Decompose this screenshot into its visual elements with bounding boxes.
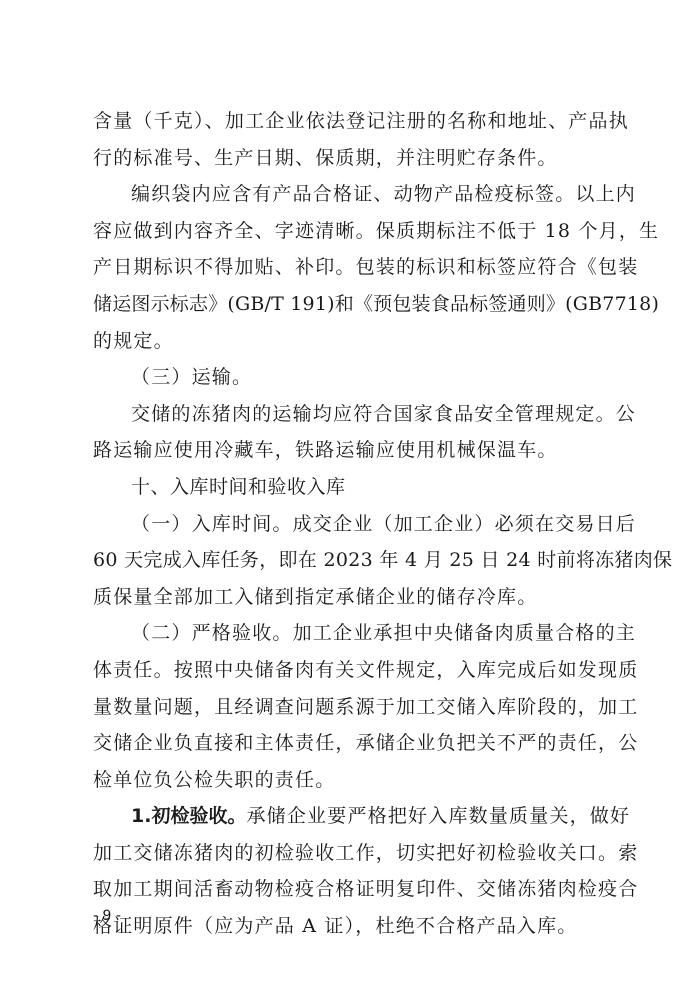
paragraph-line: 的规定。 — [93, 323, 609, 360]
paragraph-line: 编织袋内应含有产品合格证、动物产品检疫标签。以上内 — [93, 176, 609, 213]
document-body: 含量（千克）、加工企业依法登记注册的名称和地址、产品执 行的标准号、生产日期、保… — [93, 103, 609, 945]
list-item-title: 1.初检验收。 — [131, 805, 246, 827]
paragraph-line: 行的标准号、生产日期、保质期，并注明贮存条件。 — [93, 140, 609, 177]
paragraph-line: 质保量全部加工入储到指定承储企业的储存冷库。 — [93, 579, 609, 616]
paragraph-line: 容应做到内容齐全、字迹清晰。保质期标注不低于 18 个月，生 — [93, 213, 609, 250]
subsection-heading: （三）运输。 — [93, 359, 609, 396]
list-item-text: 承储企业要严格把好入库数量质量关，做好 — [246, 805, 630, 827]
document-page: 含量（千克）、加工企业依法登记注册的名称和地址、产品执 行的标准号、生产日期、保… — [0, 0, 700, 989]
paragraph-line: 交储企业负直接和主体责任，承储企业负把关不严的责任，公 — [93, 725, 609, 762]
paragraph-line: 含量（千克）、加工企业依法登记注册的名称和地址、产品执 — [93, 103, 609, 140]
paragraph-line: 量数量问题，且经调查问题系源于加工交储入库阶段的，加工 — [93, 689, 609, 726]
paragraph-line: 产日期标识不得加贴、补印。包装的标识和标签应符合《包装 — [93, 249, 609, 286]
paragraph-line: 交储的冻猪肉的运输均应符合国家食品安全管理规定。公 — [93, 396, 609, 433]
paragraph-line: （二）严格验收。加工企业承担中央储备肉质量合格的主 — [93, 615, 609, 652]
paragraph-line: 体责任。按照中央储备肉有关文件规定，入库完成后如发现质 — [93, 652, 609, 689]
paragraph-line: 路运输应使用冷藏车，铁路运输应使用机械保温车。 — [93, 432, 609, 469]
list-item-1: 1.初检验收。承储企业要严格把好入库数量质量关，做好 — [93, 798, 609, 835]
paragraph-line: 格证明原件（应为产品 A 证），杜绝不合格产品入库。 — [93, 908, 609, 945]
paragraph-line: 储运图示标志》(GB/T 191)和《预包装食品标签通则》(GB7718) — [93, 286, 609, 323]
page-number: - 9 - — [93, 908, 121, 924]
paragraph-line: （一）入库时间。成交企业（加工企业）必须在交易日后 — [93, 506, 609, 543]
paragraph-line: 加工交储冻猪肉的初检验收工作，切实把好初检验收关口。索 — [93, 835, 609, 872]
paragraph-line: 检单位负公检失职的责任。 — [93, 762, 609, 799]
section-heading: 十、入库时间和验收入库 — [93, 469, 609, 506]
paragraph-line: 60 天完成入库任务，即在 2023 年 4 月 25 日 24 时前将冻猪肉保 — [93, 542, 609, 579]
paragraph-line: 取加工期间活畜动物检疫合格证明复印件、交储冻猪肉检疫合 — [93, 871, 609, 908]
